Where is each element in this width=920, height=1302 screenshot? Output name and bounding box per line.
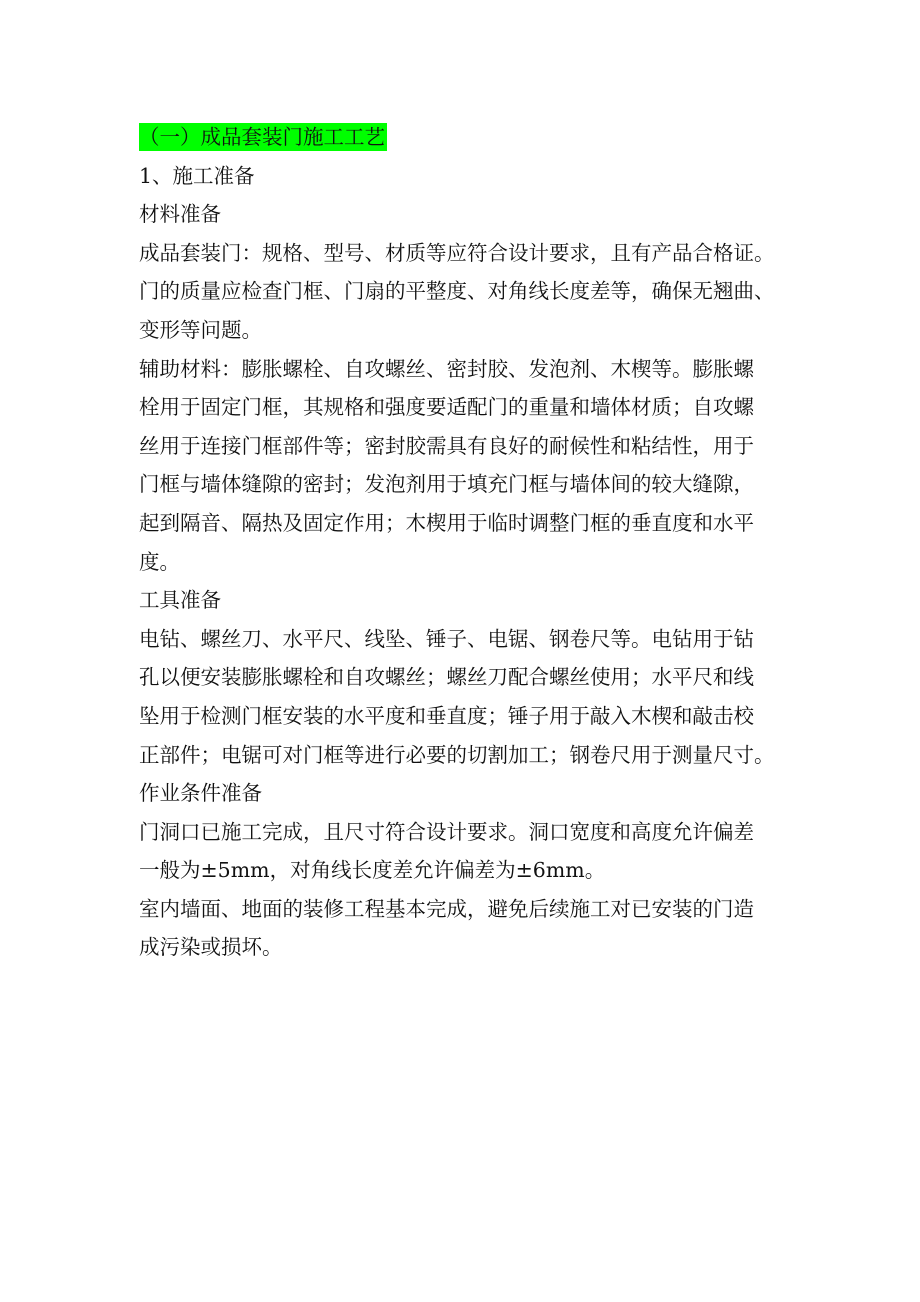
subsection-title: 1、施工准备 [139,157,789,196]
text-line: 门的质量应检查门框、门扇的平整度、对角线长度差等，确保无翘曲、 [139,272,789,311]
section-title-line: （一）成品套装门施工工艺 [139,118,789,157]
text-line: 坠用于检测门框安装的水平度和垂直度；锤子用于敲入木楔和敲击校 [139,697,789,736]
text-line: 起到隔音、隔热及固定作用；木楔用于临时调整门框的垂直度和水平 [139,504,789,543]
text-line: 度。 [139,543,789,582]
text-line: 电钻、螺丝刀、水平尺、线坠、锤子、电锯、钢卷尺等。电钻用于钻 [139,620,789,659]
material-prep-heading: 材料准备 [139,195,789,234]
text-line: 门洞口已施工完成，且尺寸符合设计要求。洞口宽度和高度允许偏差 [139,813,789,852]
text-line: 成品套装门：规格、型号、材质等应符合设计要求，且有产品合格证。 [139,234,789,273]
text-line: 一般为±5mm，对角线长度差允许偏差为±6mm。 [139,851,789,890]
text-line: 变形等问题。 [139,311,789,350]
text-line: 栓用于固定门框，其规格和强度要适配门的重量和墙体材质；自攻螺 [139,388,789,427]
text-line: 门框与墙体缝隙的密封；发泡剂用于填充门框与墙体间的较大缝隙， [139,465,789,504]
work-condition-heading: 作业条件准备 [139,774,789,813]
tool-prep-heading: 工具准备 [139,581,789,620]
text-line: 丝用于连接门框部件等；密封胶需具有良好的耐候性和粘结性，用于 [139,427,789,466]
section-title: （一）成品套装门施工工艺 [139,123,387,151]
text-line: 室内墙面、地面的装修工程基本完成，避免后续施工对已安装的门造 [139,890,789,929]
document-page: （一）成品套装门施工工艺 1、施工准备 材料准备 成品套装门：规格、型号、材质等… [139,118,789,967]
text-line: 辅助材料：膨胀螺栓、自攻螺丝、密封胶、发泡剂、木楔等。膨胀螺 [139,350,789,389]
text-line: 正部件；电锯可对门框等进行必要的切割加工；钢卷尺用于测量尺寸。 [139,736,789,775]
text-line: 孔以便安装膨胀螺栓和自攻螺丝；螺丝刀配合螺丝使用；水平尺和线 [139,658,789,697]
text-line: 成污染或损坏。 [139,928,789,967]
